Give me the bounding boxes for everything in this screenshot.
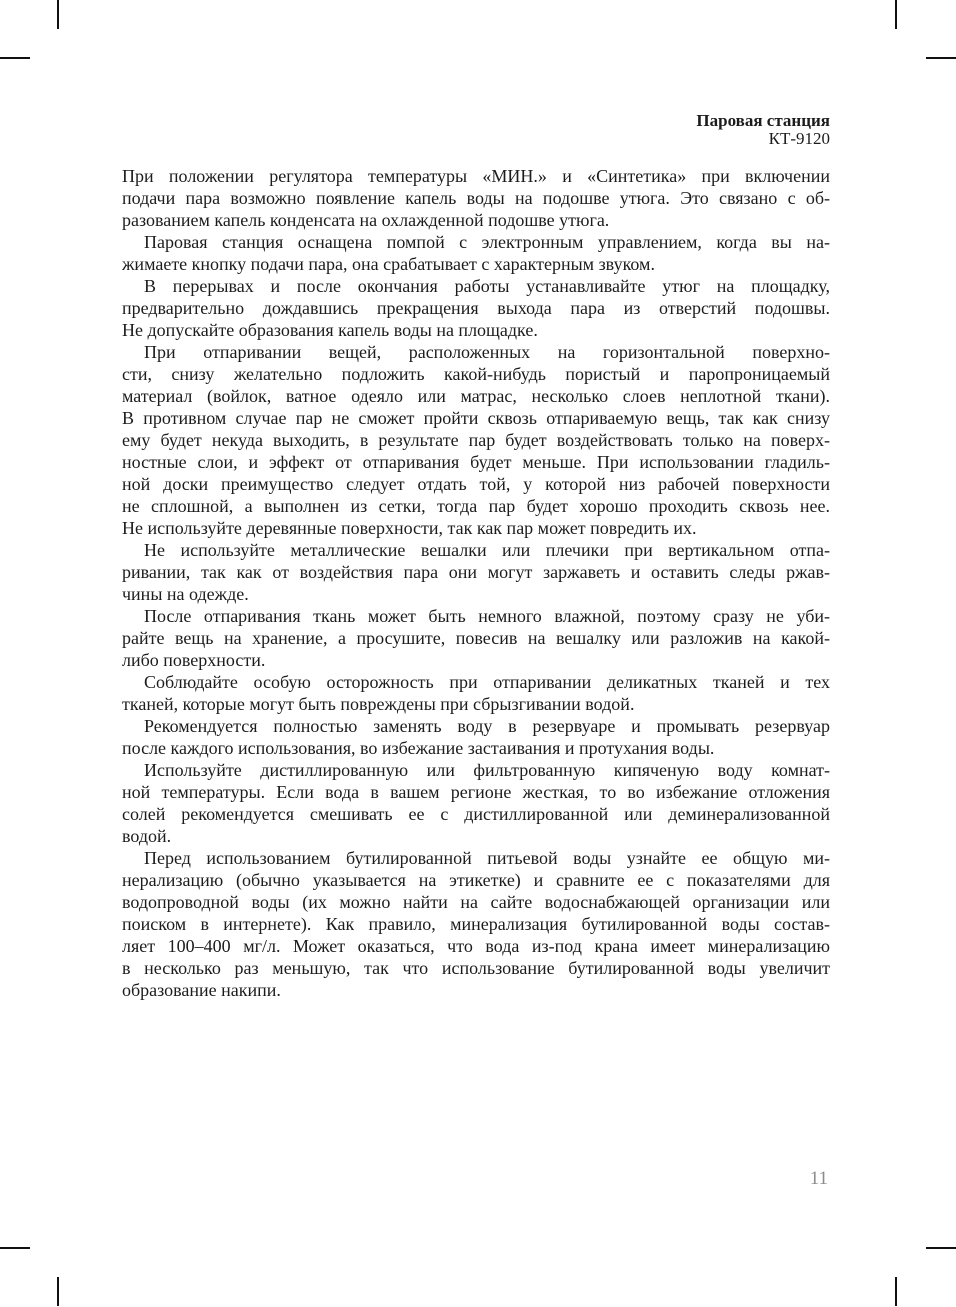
page-header: Паровая станция КТ-9120 bbox=[696, 111, 830, 148]
page-number: 11 bbox=[810, 1168, 828, 1190]
text-line: Перед использованием бутилированной пить… bbox=[122, 847, 830, 869]
paragraph: В перерывах и после окончания работы уст… bbox=[122, 275, 830, 341]
text-line: Соблюдайте особую осторожность при отпар… bbox=[122, 671, 830, 693]
header-title: Паровая станция bbox=[696, 111, 830, 130]
crop-mark-bottom-left-vertical bbox=[57, 1277, 59, 1306]
paragraph: Перед использованием бутилированной пить… bbox=[122, 847, 830, 1001]
text-line: образование накипи. bbox=[122, 979, 830, 1001]
header-model-number: КТ-9120 bbox=[696, 130, 830, 148]
paragraph: При отпаривании вещей, расположенных на … bbox=[122, 341, 830, 539]
text-line: поиском в интернете). Как правило, минер… bbox=[122, 913, 830, 935]
text-line: жимаете кнопку подачи пара, она срабатыв… bbox=[122, 253, 830, 275]
text-line: При положении регулятора температуры «МИ… bbox=[122, 165, 830, 187]
text-line: В перерывах и после окончания работы уст… bbox=[122, 275, 830, 297]
text-line: солей рекомендуется смешивать ее с дисти… bbox=[122, 803, 830, 825]
text-line: ной температуры. Если вода в вашем регио… bbox=[122, 781, 830, 803]
text-line: водой. bbox=[122, 825, 830, 847]
paragraph: Соблюдайте особую осторожность при отпар… bbox=[122, 671, 830, 715]
text-line: чины на одежде. bbox=[122, 583, 830, 605]
text-line: Не используйте деревянные поверхности, т… bbox=[122, 517, 830, 539]
text-line: тканей, которые могут быть повреждены пр… bbox=[122, 693, 830, 715]
text-line: Рекомендуется полностью заменять воду в … bbox=[122, 715, 830, 737]
text-line: материал (войлок, ватное одеяло или матр… bbox=[122, 385, 830, 407]
paragraph: Паровая станция оснащена помпой с электр… bbox=[122, 231, 830, 275]
text-line: не сплошной, а выполнен из сетки, тогда … bbox=[122, 495, 830, 517]
body-text: При положении регулятора температуры «МИ… bbox=[122, 165, 830, 1001]
text-line: ему будет некуда выходить, в результате … bbox=[122, 429, 830, 451]
text-line: подачи пара возможно появление капель во… bbox=[122, 187, 830, 209]
paragraph: При положении регулятора температуры «МИ… bbox=[122, 165, 830, 231]
text-line: после каждого использования, во избежани… bbox=[122, 737, 830, 759]
text-line: в несколько раз меньшую, так что использ… bbox=[122, 957, 830, 979]
crop-mark-top-right-vertical bbox=[895, 0, 897, 29]
paragraph: После отпаривания ткань может быть немно… bbox=[122, 605, 830, 671]
text-line: водопроводной воды (их можно найти на са… bbox=[122, 891, 830, 913]
text-line: либо поверхности. bbox=[122, 649, 830, 671]
text-line: Паровая станция оснащена помпой с электр… bbox=[122, 231, 830, 253]
text-line: После отпаривания ткань может быть немно… bbox=[122, 605, 830, 627]
crop-mark-bottom-right-vertical bbox=[895, 1277, 897, 1306]
text-line: При отпаривании вещей, расположенных на … bbox=[122, 341, 830, 363]
crop-mark-top-left-horizontal bbox=[0, 57, 30, 59]
paragraph: Рекомендуется полностью заменять воду в … bbox=[122, 715, 830, 759]
text-line: Используйте дистиллированную или фильтро… bbox=[122, 759, 830, 781]
text-line: ной доски преимущество следует отдать то… bbox=[122, 473, 830, 495]
crop-mark-top-right-horizontal bbox=[926, 57, 956, 59]
text-line: сти, снизу желательно подложить какой-ни… bbox=[122, 363, 830, 385]
paragraph: Используйте дистиллированную или фильтро… bbox=[122, 759, 830, 847]
crop-mark-bottom-left-horizontal bbox=[0, 1247, 30, 1249]
text-line: Не допускайте образования капель воды на… bbox=[122, 319, 830, 341]
text-line: ривании, так как от воздействия пара они… bbox=[122, 561, 830, 583]
paragraph: Не используйте металлические вешалки или… bbox=[122, 539, 830, 605]
document-page: Паровая станция КТ-9120 При положении ре… bbox=[0, 0, 956, 1307]
crop-mark-bottom-right-horizontal bbox=[926, 1247, 956, 1249]
text-line: В противном случае пар не сможет пройти … bbox=[122, 407, 830, 429]
text-line: ляет 100–400 мг/л. Может оказаться, что … bbox=[122, 935, 830, 957]
text-line: разованием капель конденсата на охлажден… bbox=[122, 209, 830, 231]
text-line: Не используйте металлические вешалки или… bbox=[122, 539, 830, 561]
text-line: нерализацию (обычно указывается на этике… bbox=[122, 869, 830, 891]
text-line: предварительно дождавшись прекращения вы… bbox=[122, 297, 830, 319]
text-line: ностные слои, и эффект от отпаривания бу… bbox=[122, 451, 830, 473]
crop-mark-top-left-vertical bbox=[57, 0, 59, 29]
text-line: райте вещь на хранение, а просушите, пов… bbox=[122, 627, 830, 649]
